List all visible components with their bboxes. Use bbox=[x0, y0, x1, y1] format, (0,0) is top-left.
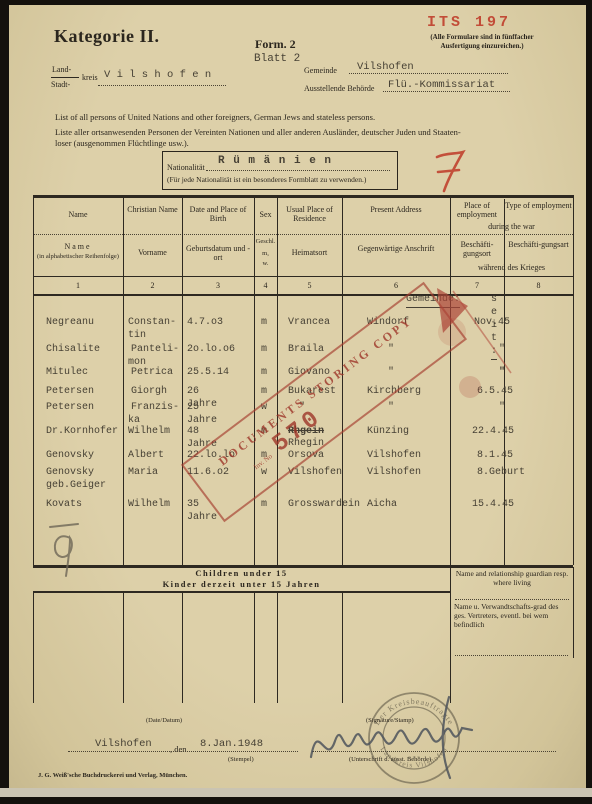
scan-edge-bottom-light bbox=[0, 788, 592, 797]
red-seven-annotation bbox=[437, 152, 463, 191]
scan-edge-left bbox=[0, 0, 9, 804]
pencil-nine-annotation bbox=[50, 524, 78, 576]
scan-edge-right bbox=[586, 0, 592, 804]
scan-edge-bottom bbox=[0, 797, 592, 804]
scan-edge-top bbox=[0, 0, 592, 5]
signature-handwriting bbox=[311, 697, 472, 778]
scanned-form-page: Kategorie II. Form. 2 Blatt 2 ITS 197 (A… bbox=[0, 0, 592, 804]
handwriting-overlay bbox=[0, 0, 592, 804]
red-stamp-corner-mark bbox=[437, 288, 511, 398]
